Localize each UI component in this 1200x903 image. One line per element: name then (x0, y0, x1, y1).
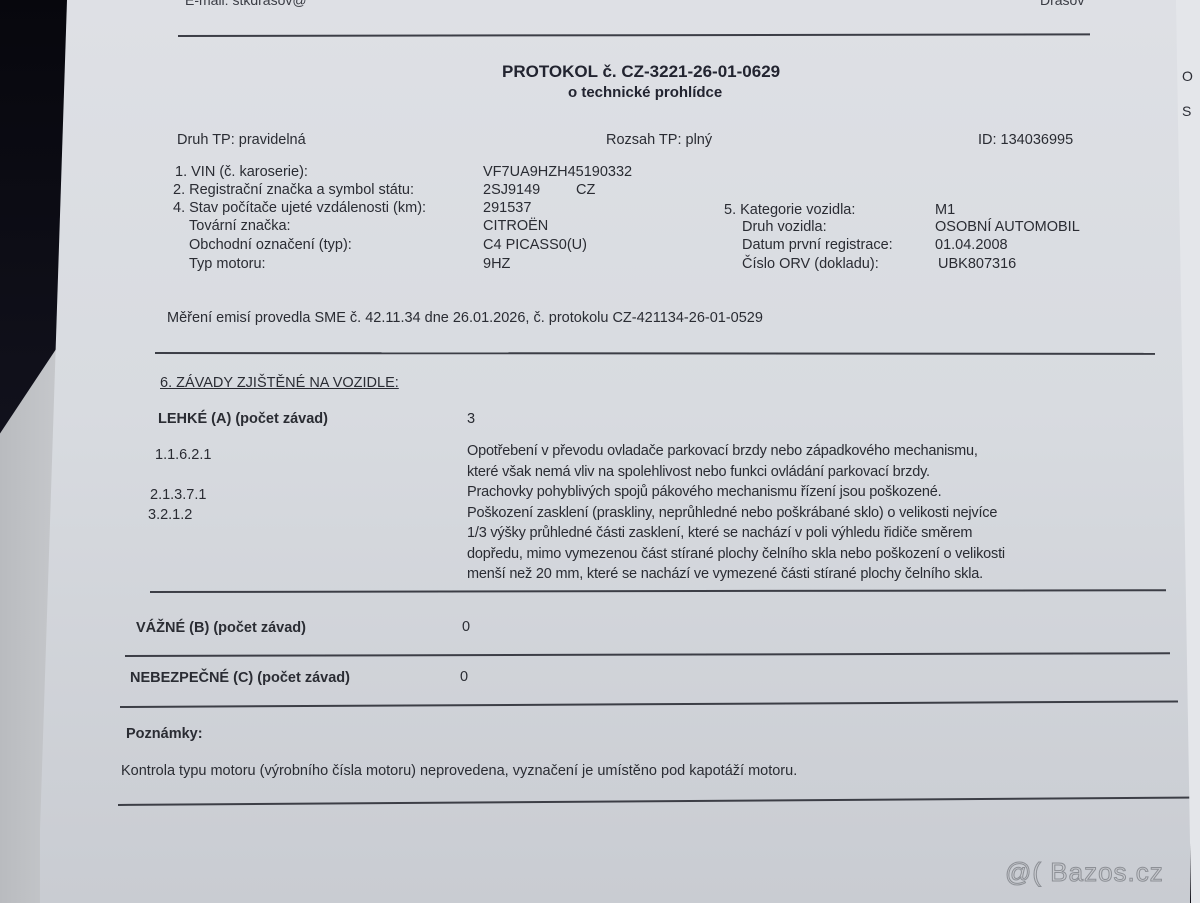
country-symbol: CZ (576, 182, 595, 198)
vehicle-field-value: 9HZ (483, 256, 510, 272)
vehicle-field-label: 4. Stav počítače ujeté vzdálenosti (km): (173, 200, 426, 216)
bazos-watermark: @( Bazos.cz (1005, 857, 1164, 888)
vehicle-field-value: 01.04.2008 (935, 237, 1008, 253)
serious-defects-label: VÁŽNÉ (B) (počet závad) (136, 620, 306, 636)
dangerous-defects-count: 0 (460, 669, 468, 685)
vehicle-field-value: OSOBNÍ AUTOMOBIL (935, 219, 1080, 235)
protocol-id: ID: 134036995 (978, 132, 1073, 148)
defects-section-title: 6. ZÁVADY ZJIŠTĚNÉ NA VOZIDLE: (160, 375, 399, 391)
emissions-note: Měření emisí provedla SME č. 42.11.34 dn… (167, 310, 763, 326)
vehicle-field-value: CITROËN (483, 218, 548, 234)
vehicle-field-label: 2. Registrační značka a symbol státu: (173, 182, 414, 198)
edge-fragment: O (1182, 68, 1193, 84)
header-email: E-mail: stkdrasov@ (185, 0, 307, 8)
header-city: Drasov (1040, 0, 1084, 8)
rozsah-tp: Rozsah TP: plný (606, 132, 712, 148)
notes-text: Kontrola typu motoru (výrobního čísla mo… (121, 763, 797, 779)
light-defects-count: 3 (467, 411, 475, 427)
defect-code: 3.2.1.2 (148, 507, 192, 523)
vehicle-field-label: Číslo ORV (dokladu): (742, 256, 879, 272)
notes-title: Poznámky: (126, 726, 203, 742)
page-title: PROTOKOL č. CZ-3221-26-01-0629 (502, 62, 780, 82)
vehicle-field-label: 5. Kategorie vozidla: (724, 202, 855, 218)
defect-description-line: Prachovky pohyblivých spojů pákového mec… (467, 484, 941, 500)
edge-fragment: S (1182, 103, 1191, 119)
defect-description-line: dopředu, mimo vymezenou část stírané plo… (467, 546, 1005, 562)
vehicle-field-label: Typ motoru: (189, 256, 266, 272)
vehicle-field-value: VF7UA9HZH45190332 (483, 164, 632, 180)
dangerous-defects-label: NEBEZPEČNÉ (C) (počet závad) (130, 670, 350, 686)
defect-description-line: menší než 20 mm, které se nachází ve vym… (467, 566, 983, 582)
vehicle-field-label: Datum první registrace: (742, 237, 893, 253)
vehicle-field-label: Obchodní označení (typ): (189, 237, 352, 253)
vehicle-field-value: UBK807316 (938, 256, 1016, 272)
vehicle-field-label: 1. VIN (č. karoserie): (175, 164, 308, 180)
druh-tp: Druh TP: pravidelná (177, 132, 306, 148)
defect-description-line: Poškození zasklení (praskliny, neprůhled… (467, 505, 997, 521)
vehicle-field-value: 2SJ9149 (483, 182, 540, 198)
vehicle-field-value: C4 PICASS0(U) (483, 237, 587, 253)
defect-description-line: Opotřebení v převodu ovladače parkovací … (467, 443, 978, 459)
defect-description-line: 1/3 výšky průhledné části zasklení, kter… (467, 525, 972, 541)
page-subtitle: o technické prohlídce (568, 84, 722, 101)
vehicle-field-label: Tovární značka: (189, 218, 291, 234)
vehicle-field-label: Druh vozidla: (742, 219, 827, 235)
defect-description-line: které však nemá vliv na spolehlivost neb… (467, 464, 930, 480)
vehicle-field-value: 291537 (483, 200, 531, 216)
defect-code: 1.1.6.2.1 (155, 447, 211, 463)
vehicle-field-value: M1 (935, 202, 955, 218)
serious-defects-count: 0 (462, 619, 470, 635)
light-defects-label: LEHKÉ (A) (počet závad) (158, 411, 328, 427)
defect-code: 2.1.3.7.1 (150, 487, 206, 503)
